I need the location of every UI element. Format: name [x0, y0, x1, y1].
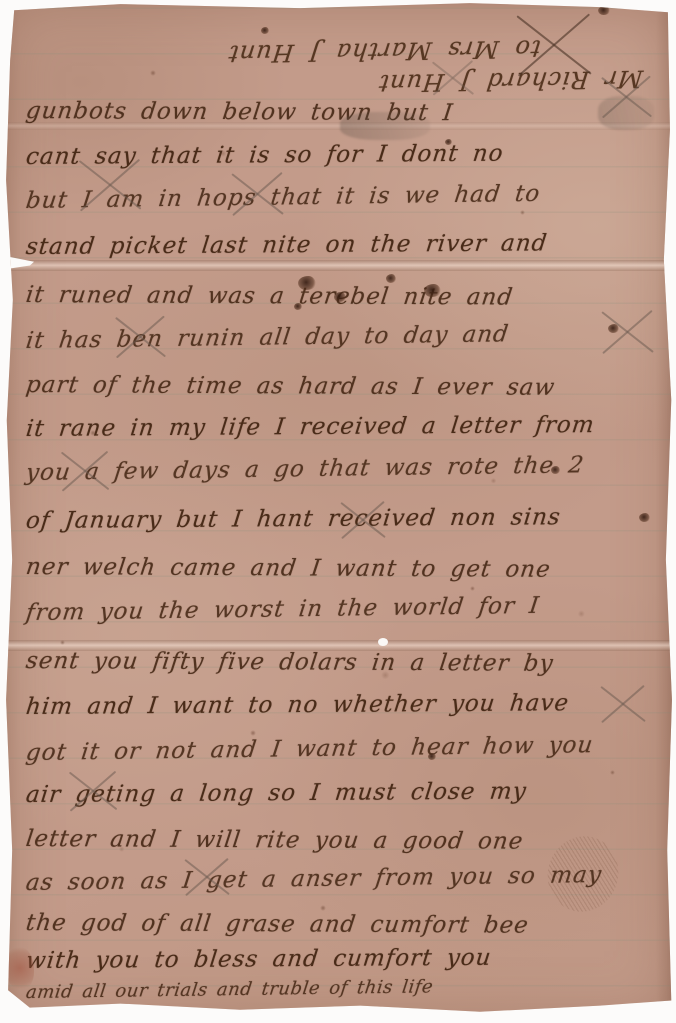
letter-line: with you to bless and cumfort you — [25, 946, 662, 973]
letter-line: you a few days a go that was rote the 2 — [25, 453, 663, 485]
foxing-dot — [320, 905, 326, 911]
foxing-dot — [520, 210, 525, 215]
letter-line: stand picket last nite on the river and — [25, 232, 662, 259]
foxing-dot — [470, 586, 475, 591]
letter-line: him and I want to no whether you have — [25, 692, 662, 719]
ink-blot — [298, 276, 316, 290]
aged-paper-sheet: Mr Richard J Hunt to Mrs Martha J Hunt g… — [0, 0, 676, 1023]
pencil-x-mark — [430, 60, 476, 94]
pencil-x-mark — [338, 500, 388, 538]
foxing-dot — [150, 70, 156, 76]
ink-blot — [334, 292, 346, 302]
ink-blot — [386, 274, 396, 283]
letter-line: part of the time as hard as I ever saw — [25, 374, 662, 400]
pencil-x-mark — [598, 684, 648, 722]
ink-blot — [294, 303, 302, 310]
pencil-x-mark — [182, 858, 232, 894]
ink-blot — [445, 139, 452, 145]
letter-line: sent you fifty five dolars in a letter b… — [25, 650, 662, 676]
foxing-dot — [60, 640, 65, 645]
ink-blot — [261, 27, 269, 34]
pencil-x-mark — [512, 16, 596, 72]
fold-crease — [0, 260, 676, 271]
letter-line: the god of all grase and cumfort bee — [25, 912, 662, 938]
letter-line: from you the worst in the world for I — [25, 593, 663, 625]
letter-line: got it or not and I want to hear how you — [25, 733, 663, 765]
pencil-x-mark — [598, 310, 656, 352]
ink-blot — [639, 513, 650, 522]
pencil-x-mark — [75, 160, 145, 208]
letter-line: ner welch came and I want to get one — [25, 556, 662, 582]
scanned-letter-page: Mr Richard J Hunt to Mrs Martha J Hunt g… — [0, 0, 676, 1023]
pencil-x-mark — [66, 770, 120, 810]
foxing-dot — [250, 730, 256, 736]
foxing-dot — [90, 430, 96, 436]
pencil-x-mark — [598, 74, 654, 118]
pencil-x-mark — [228, 172, 286, 214]
ink-blot — [424, 284, 441, 297]
ink-blot — [428, 753, 436, 760]
ink-blot — [551, 466, 560, 474]
pencil-x-mark — [112, 316, 168, 356]
foxing-dot — [610, 770, 615, 775]
paper-notch — [378, 638, 388, 646]
red-stain — [6, 946, 34, 990]
ink-blot — [598, 6, 610, 15]
letter-line: it rane in my life I received a letter f… — [25, 414, 662, 441]
letter-line: air geting a long so I must close my — [25, 780, 662, 807]
pencil-x-mark — [58, 450, 112, 490]
letter-line: amid all our trials and truble of this l… — [25, 975, 662, 1002]
graphite-smudge — [340, 112, 430, 140]
